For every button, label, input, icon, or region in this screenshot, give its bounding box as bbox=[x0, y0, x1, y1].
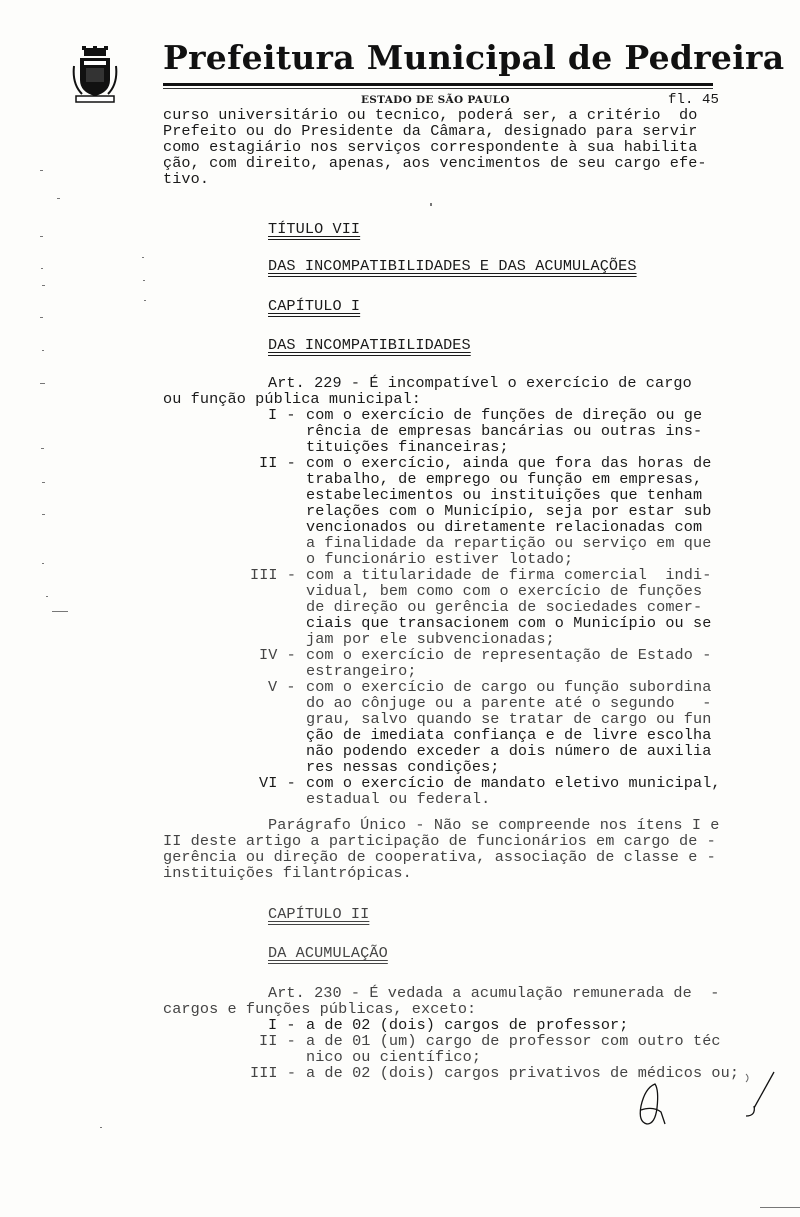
handwritten-initials-icon bbox=[635, 1080, 675, 1130]
item-number: II - bbox=[259, 1033, 296, 1049]
item-line: ção de imediata confiança e de livre esc… bbox=[306, 727, 711, 743]
item-line: com o exercício de funções de direção ou… bbox=[306, 407, 702, 423]
scan-speck bbox=[40, 317, 43, 318]
capitulo-heading: CAPÍTULO II bbox=[268, 906, 369, 922]
handwritten-mark-icon bbox=[740, 1068, 780, 1124]
item-line: a de 01 (um) cargo de professor com outr… bbox=[306, 1033, 721, 1049]
article-line: ou função pública municipal: bbox=[163, 391, 421, 407]
scan-speck bbox=[100, 1127, 102, 1128]
header-rule bbox=[163, 83, 713, 86]
item-line: ciais que transacionem com o Município o… bbox=[306, 615, 711, 631]
intro-line: curso universitário ou tecnico, poderá s… bbox=[163, 107, 697, 123]
scan-speck bbox=[430, 203, 432, 206]
item-number: IV - bbox=[259, 647, 296, 663]
scan-speck bbox=[143, 280, 145, 281]
item-line: não podendo exceder a dois número de aux… bbox=[306, 743, 711, 759]
article-line: Art. 229 - É incompatível o exercício de… bbox=[268, 375, 692, 391]
item-line: com o exercício de cargo ou função subor… bbox=[306, 679, 711, 695]
scan-speck bbox=[42, 563, 44, 564]
item-line: trabalho, de emprego ou função em empres… bbox=[306, 471, 702, 487]
scan-speck bbox=[144, 300, 146, 301]
item-line: estabelecimentos ou instituições que ten… bbox=[306, 487, 702, 503]
scan-speck bbox=[41, 448, 44, 449]
scan-speck bbox=[41, 268, 43, 269]
titulo-name-heading: DAS INCOMPATIBILIDADES E DAS ACUMULAÇÕES bbox=[268, 258, 637, 274]
item-number: II - bbox=[259, 455, 296, 471]
scan-speck bbox=[40, 170, 43, 171]
scan-speck bbox=[52, 611, 68, 612]
item-line: vidual, bem como com o exercício de funç… bbox=[306, 583, 702, 599]
header-rule-thin bbox=[163, 88, 713, 89]
paragraph-line: instituições filantrópicas. bbox=[163, 865, 412, 881]
scan-speck bbox=[42, 482, 45, 483]
item-line: rência de empresas bancárias ou outras i… bbox=[306, 423, 702, 439]
scan-speck bbox=[40, 236, 43, 237]
state-label: ESTADO DE SÃO PAULO bbox=[361, 94, 510, 106]
scan-speck bbox=[760, 1207, 800, 1208]
paragraph-line: gerência ou direção de cooperativa, asso… bbox=[163, 849, 716, 865]
capitulo-name-heading: DAS INCOMPATIBILIDADES bbox=[268, 337, 471, 353]
item-line: a finalidade da repartição ou serviço em… bbox=[306, 535, 711, 551]
item-number: I - bbox=[268, 1017, 296, 1033]
item-line: vencionados ou diretamente relacionadas … bbox=[306, 519, 702, 535]
intro-line: Prefeito ou do Presidente da Câmara, des… bbox=[163, 123, 697, 139]
capitulo-heading: CAPÍTULO I bbox=[268, 298, 360, 314]
item-number: III - bbox=[250, 1065, 296, 1081]
item-line: do ao cônjuge ou a parente até o segundo… bbox=[306, 695, 711, 711]
item-line: res nessas condições; bbox=[306, 759, 500, 775]
item-line: de direção ou gerência de sociedades com… bbox=[306, 599, 702, 615]
scan-speck bbox=[57, 198, 60, 199]
item-line: com o exercício, ainda que fora das hora… bbox=[306, 455, 711, 471]
scan-speck bbox=[46, 596, 48, 597]
municipal-coat-of-arms-icon bbox=[72, 46, 118, 106]
intro-line: ção, com direito, apenas, aos vencimento… bbox=[163, 155, 707, 171]
item-line: grau, salvo quando se tratar de cargo ou… bbox=[306, 711, 711, 727]
item-line: com o exercício de representação de Esta… bbox=[306, 647, 711, 663]
titulo-heading: TÍTULO VII bbox=[268, 221, 360, 237]
item-number: VI - bbox=[259, 775, 296, 791]
item-line: jam por ele subvencionadas; bbox=[306, 631, 555, 647]
intro-line: tivo. bbox=[163, 171, 209, 187]
item-line: estrangeiro; bbox=[306, 663, 417, 679]
scan-speck bbox=[42, 285, 45, 286]
item-line: tituições financeiras; bbox=[306, 439, 509, 455]
scan-speck bbox=[40, 383, 45, 384]
item-line: o funcionário estiver lotado; bbox=[306, 551, 573, 567]
item-number: III - bbox=[250, 567, 296, 583]
article-line: cargos e funções públicas, exceto: bbox=[163, 1001, 476, 1017]
item-number: I - bbox=[268, 407, 296, 423]
item-line: nico ou científico; bbox=[306, 1049, 481, 1065]
item-line: a de 02 (dois) cargos privativos de médi… bbox=[306, 1065, 739, 1081]
item-number: V - bbox=[268, 679, 296, 695]
scan-speck bbox=[42, 514, 45, 515]
paragraph-line: Parágrafo Único - Não se compreende nos … bbox=[268, 817, 720, 833]
item-line: estadual ou federal. bbox=[306, 791, 490, 807]
article-line: Art. 230 - É vedada a acumulação remuner… bbox=[268, 985, 720, 1001]
scan-speck bbox=[42, 350, 44, 351]
item-line: com o exercício de mandato eletivo munic… bbox=[306, 775, 721, 791]
page-title: Prefeitura Municipal de Pedreira bbox=[163, 38, 784, 77]
item-line: com a titularidade de firma comercial in… bbox=[306, 567, 711, 583]
item-line: relações com o Município, seja por estar… bbox=[306, 503, 711, 519]
item-line: a de 02 (dois) cargos de professor; bbox=[306, 1017, 629, 1033]
paragraph-line: II deste artigo a participação de funcio… bbox=[163, 833, 716, 849]
intro-line: como estagiário nos serviços corresponde… bbox=[163, 139, 697, 155]
capitulo-name-heading: DA ACUMULAÇÃO bbox=[268, 945, 388, 961]
scan-speck bbox=[142, 257, 144, 258]
